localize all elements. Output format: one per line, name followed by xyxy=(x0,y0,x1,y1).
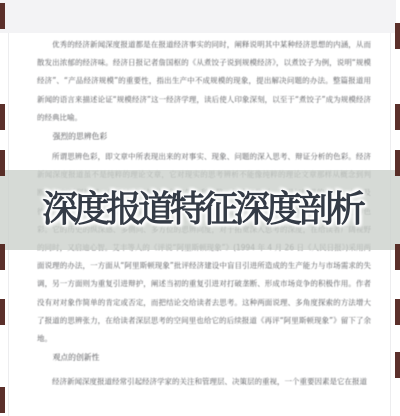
paragraph-viewpoint-innovation: 经济新闻深度报道经常引起经济学家的关注和管理层、决策层的重视，一个重要因素是它在… xyxy=(37,373,371,393)
edge-artifact xyxy=(395,104,400,130)
edge-artifact xyxy=(395,23,400,49)
edge-artifact xyxy=(395,352,400,378)
edge-artifact xyxy=(0,104,5,130)
edge-artifact xyxy=(395,244,400,270)
edge-artifact xyxy=(0,244,5,270)
edge-artifact xyxy=(395,299,400,325)
edge-artifact xyxy=(395,150,400,176)
subheading-viewpoint-innovation: 观点的创新性 xyxy=(37,351,371,365)
edge-artifact xyxy=(0,387,5,413)
subheading-speculative-color: 强烈的思辨色彩 xyxy=(37,130,371,144)
paragraph-economic-flavor: 优秀的经济新闻深度报道都是在报道经济事实的同时，阐释说明其中某种经济思想的内涵，… xyxy=(37,36,371,130)
page-top-band xyxy=(0,0,396,33)
edge-artifact xyxy=(0,299,5,325)
edge-artifact xyxy=(0,150,5,176)
document-page: 优秀的经济新闻深度报道都是在报道经济事实的同时，阐释说明其中某种经济思想的内涵，… xyxy=(0,0,400,416)
edge-artifact xyxy=(0,3,5,29)
watermark-title: 深度报道特征深度剖析 xyxy=(0,181,400,232)
